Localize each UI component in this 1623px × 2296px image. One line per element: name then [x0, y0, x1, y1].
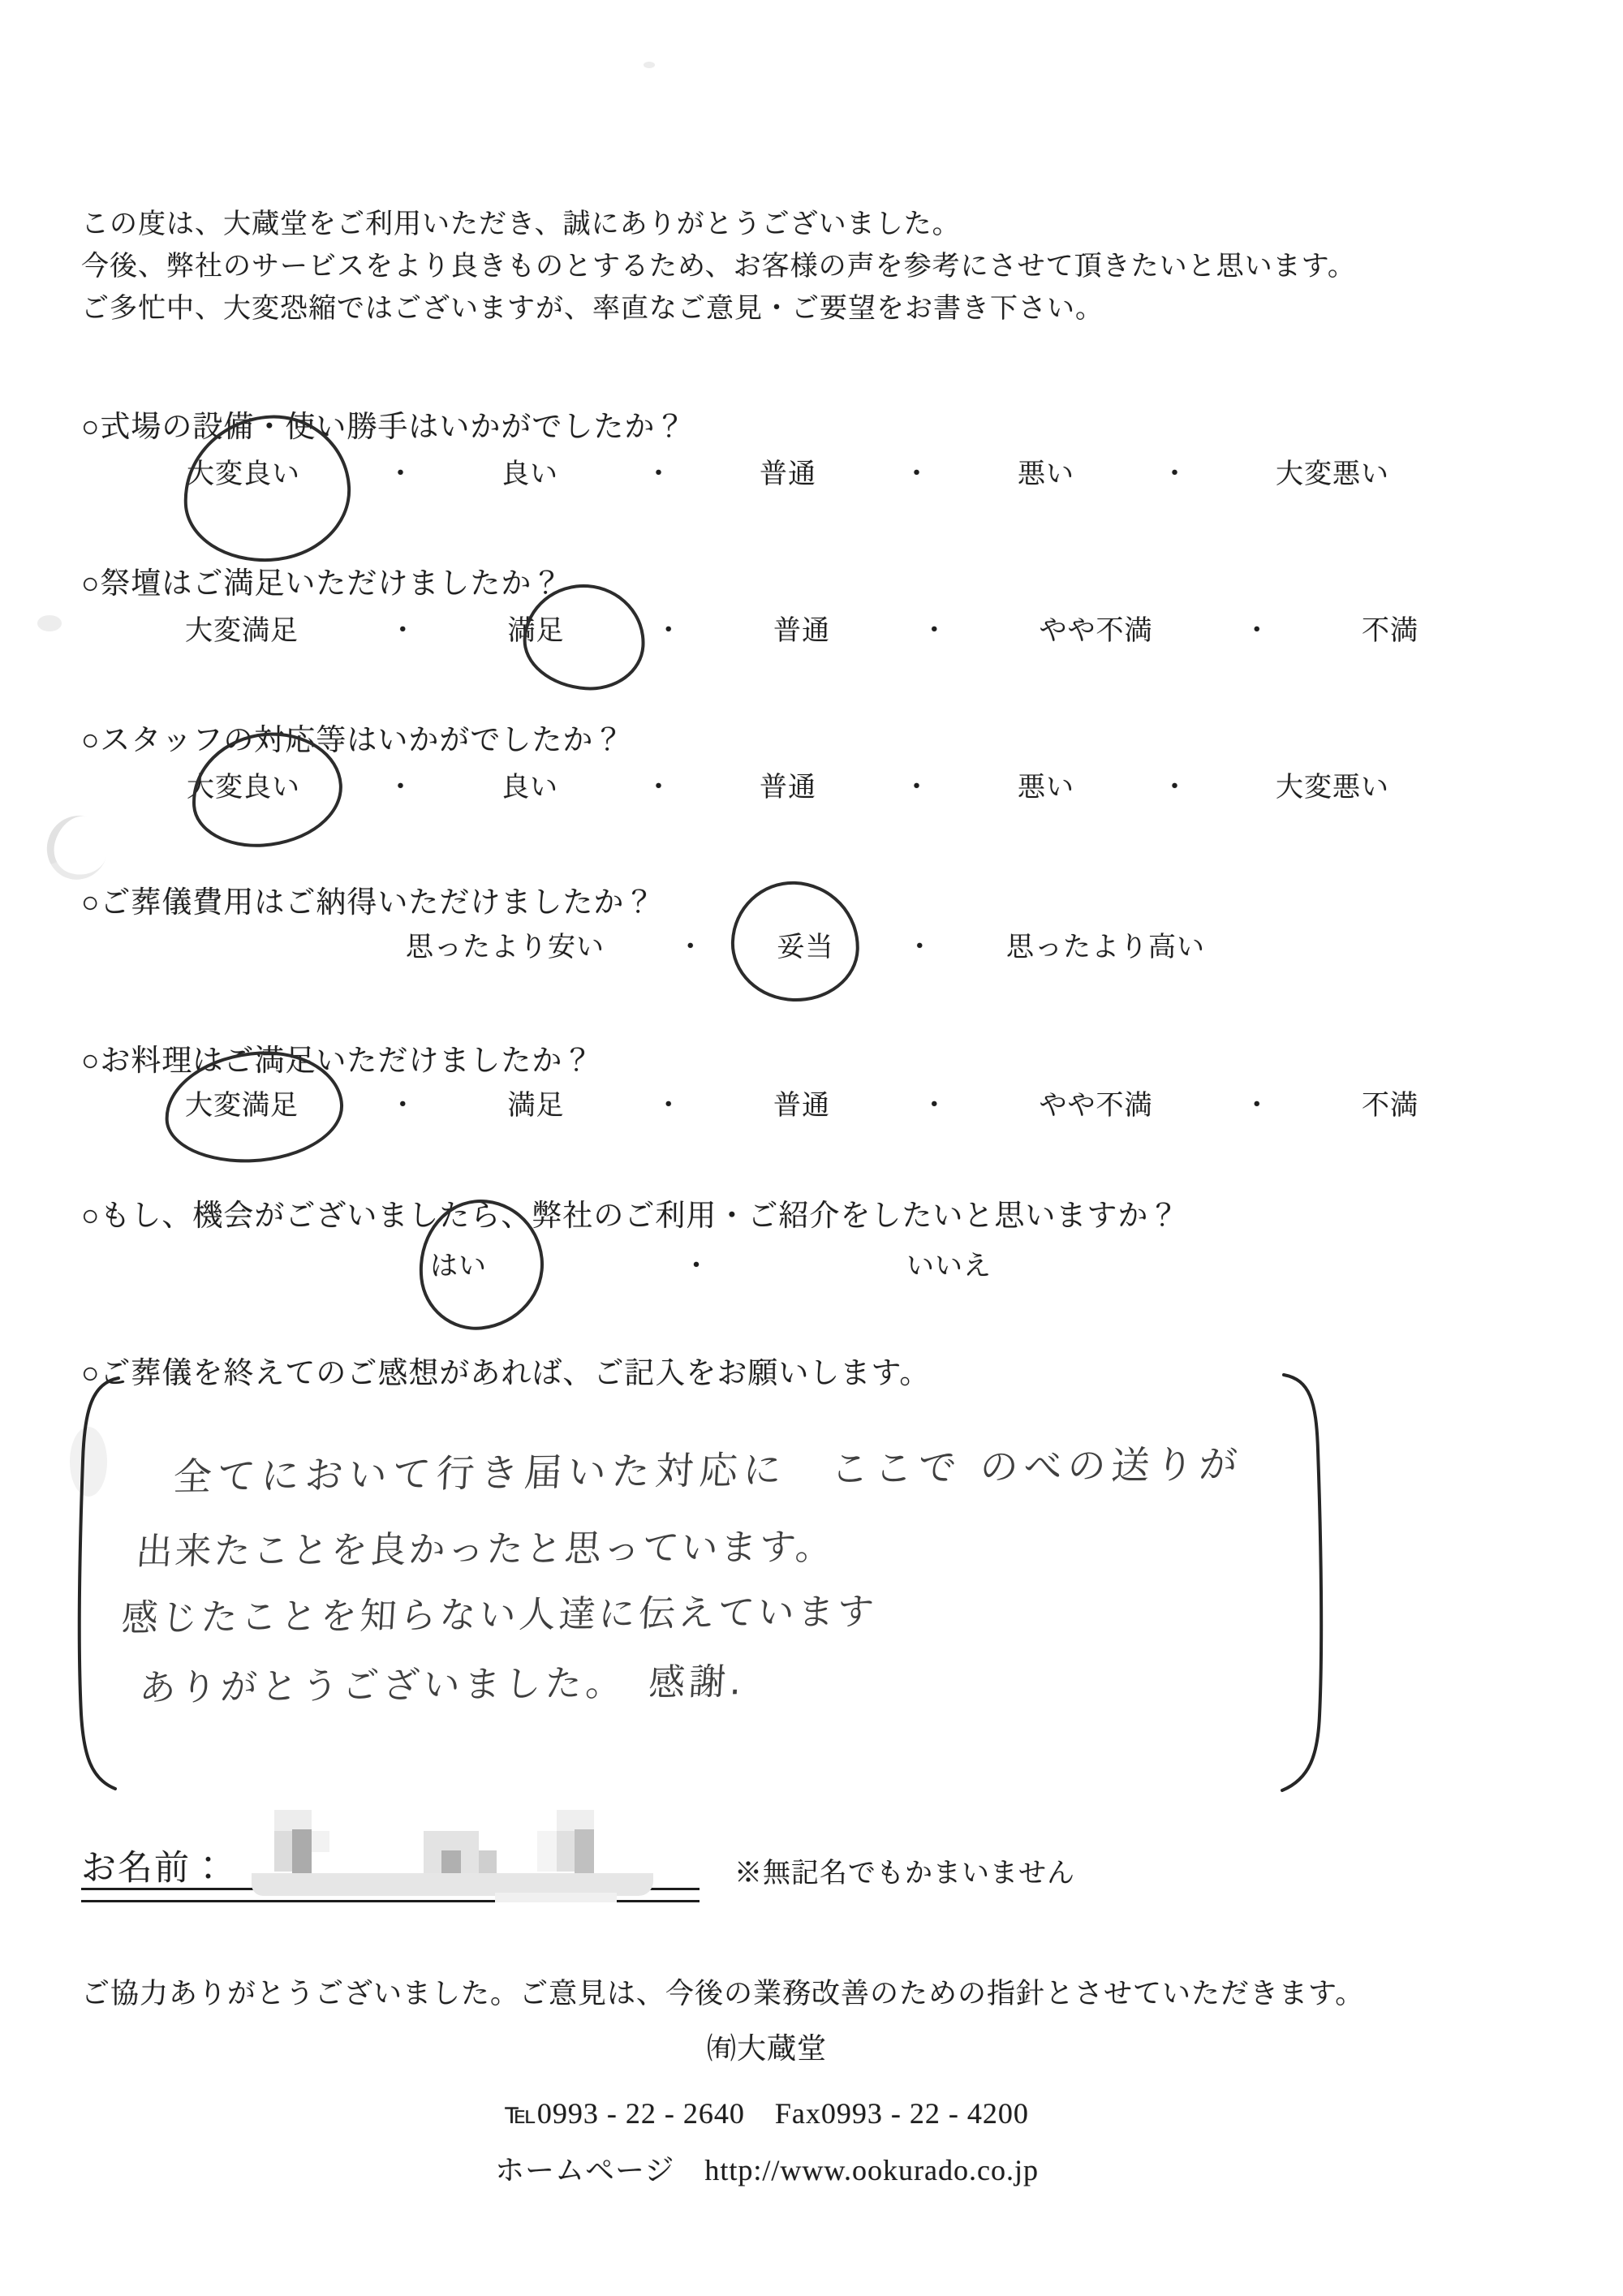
footer-homepage-url: ホームページ http://www.ookurado.co.jp [0, 2147, 1534, 2189]
dot-separator: ・ [1161, 451, 1190, 491]
q3-option: 悪い [1018, 765, 1074, 804]
closing-thanks-line: ご協力ありがとうございました。ご意見は、今後の業務改善のための指針とさせていただ… [81, 1971, 1364, 2012]
scan-smudge [39, 808, 117, 887]
handwritten-comment-line-1: 全てにおいて行き届いた対応に ここで のべの送りが [172, 1434, 1245, 1501]
dot-separator: ・ [1243, 1083, 1272, 1122]
question-1-options: 大変良い ・ 良い ・ 普通 ・ 悪い ・ 大変悪い [187, 451, 1389, 491]
q5-option: 普通 [773, 1083, 830, 1122]
scan-smudge [37, 615, 62, 631]
q1-option: 悪い [1018, 451, 1074, 491]
intro-line-1: この度は、大蔵堂をご利用いただき、誠にありがとうございました。 [81, 201, 961, 241]
dot-separator: ・ [645, 451, 674, 491]
anonymous-ok-note: ※無記名でもかまいません [734, 1850, 1075, 1890]
dot-separator: ・ [387, 765, 415, 804]
name-field-label: お名前： [81, 1841, 227, 1890]
q1-option: 大変悪い [1276, 451, 1389, 491]
q4-option: 思ったより安い [406, 924, 605, 964]
question-1-heading: ○式場の設備・使い勝手はいかがでしたか？ [81, 402, 686, 446]
handwritten-comment-line-2: 出来たことを良かったと思っています。 [135, 1517, 836, 1574]
scan-speck [644, 62, 655, 68]
q1-option: 普通 [760, 451, 816, 491]
q2-option: 不満 [1362, 608, 1419, 648]
q2-option: 大変満足 [185, 608, 299, 648]
dot-separator: ・ [655, 608, 683, 648]
dot-separator: ・ [1243, 608, 1272, 648]
dot-separator: ・ [389, 1083, 417, 1122]
scanned-survey-form: この度は、大蔵堂をご利用いただき、誠にありがとうございました。 今後、弊社のサー… [0, 0, 1623, 2296]
question-3-heading: ○スタッフの対応等はいかがでしたか？ [81, 715, 624, 759]
question-5-options: 大変満足 ・ 満足 ・ 普通 ・ やや不満 ・ 不満 [185, 1083, 1419, 1122]
q6-option: いいえ [906, 1243, 992, 1283]
dot-separator: ・ [682, 1243, 711, 1283]
handwritten-comment-line-3: 感じたことを知らない人達に伝えています [120, 1582, 879, 1641]
q5-option: 不満 [1362, 1083, 1419, 1122]
footer-company-name: ㈲大蔵堂 [0, 2026, 1534, 2067]
comment-left-bracket [73, 1373, 131, 1794]
q5-option: やや不満 [1040, 1083, 1153, 1122]
dot-separator: ・ [677, 924, 705, 964]
footer-tel-fax: ℡0993 - 22 - 2640 Fax0993 - 22 - 4200 [0, 2091, 1534, 2132]
dot-separator: ・ [903, 451, 932, 491]
dot-separator: ・ [920, 1083, 949, 1122]
question-2-heading: ○祭壇はご満足いただけましたか？ [81, 558, 562, 602]
intro-line-2: 今後、弊社のサービスをより良きものとするため、お客様の声を参考にさせて頂きたいと… [81, 243, 1356, 283]
question-2-options: 大変満足 ・ 満足 ・ 普通 ・ やや不満 ・ 不満 [185, 608, 1419, 648]
q3-option: 良い [502, 765, 558, 804]
intro-line-3: ご多忙中、大変恐縮ではございますが、率直なご意見・ご要望をお書き下さい。 [81, 286, 1104, 325]
q1-option: 良い [502, 451, 558, 491]
q4-option: 思ったより高い [1006, 924, 1205, 964]
handwritten-answer-circle-q4 [729, 879, 861, 1003]
q2-option: 普通 [773, 608, 830, 648]
question-5-heading: ○お料理はご満足いただけましたか？ [81, 1036, 593, 1079]
redacted-name-mosaic [252, 1810, 657, 1904]
dot-separator: ・ [1161, 765, 1190, 804]
q3-option: 大変悪い [1276, 765, 1389, 804]
q5-option: 満足 [508, 1083, 565, 1122]
q2-option: やや不満 [1040, 608, 1153, 648]
handwritten-comment-line-4: ありがとうございました。 感謝. [138, 1652, 747, 1711]
question-3-options: 大変良い ・ 良い ・ 普通 ・ 悪い ・ 大変悪い [187, 765, 1389, 804]
comment-right-bracket [1272, 1372, 1331, 1795]
dot-separator: ・ [903, 765, 932, 804]
dot-separator: ・ [655, 1083, 683, 1122]
question-4-heading: ○ご葬儀費用はご納得いただけましたか？ [81, 877, 655, 921]
dot-separator: ・ [906, 924, 934, 964]
dot-separator: ・ [389, 608, 417, 648]
dot-separator: ・ [645, 765, 674, 804]
dot-separator: ・ [387, 451, 415, 491]
question-6-heading: ○もし、機会がございましたら、弊社のご利用・ご紹介をしたいと思いますか？ [81, 1191, 1179, 1234]
dot-separator: ・ [920, 608, 949, 648]
comment-section-heading: ○ご葬儀を終えてのご感想があれば、ご記入をお願いします。 [81, 1348, 930, 1392]
q3-option: 普通 [760, 765, 816, 804]
